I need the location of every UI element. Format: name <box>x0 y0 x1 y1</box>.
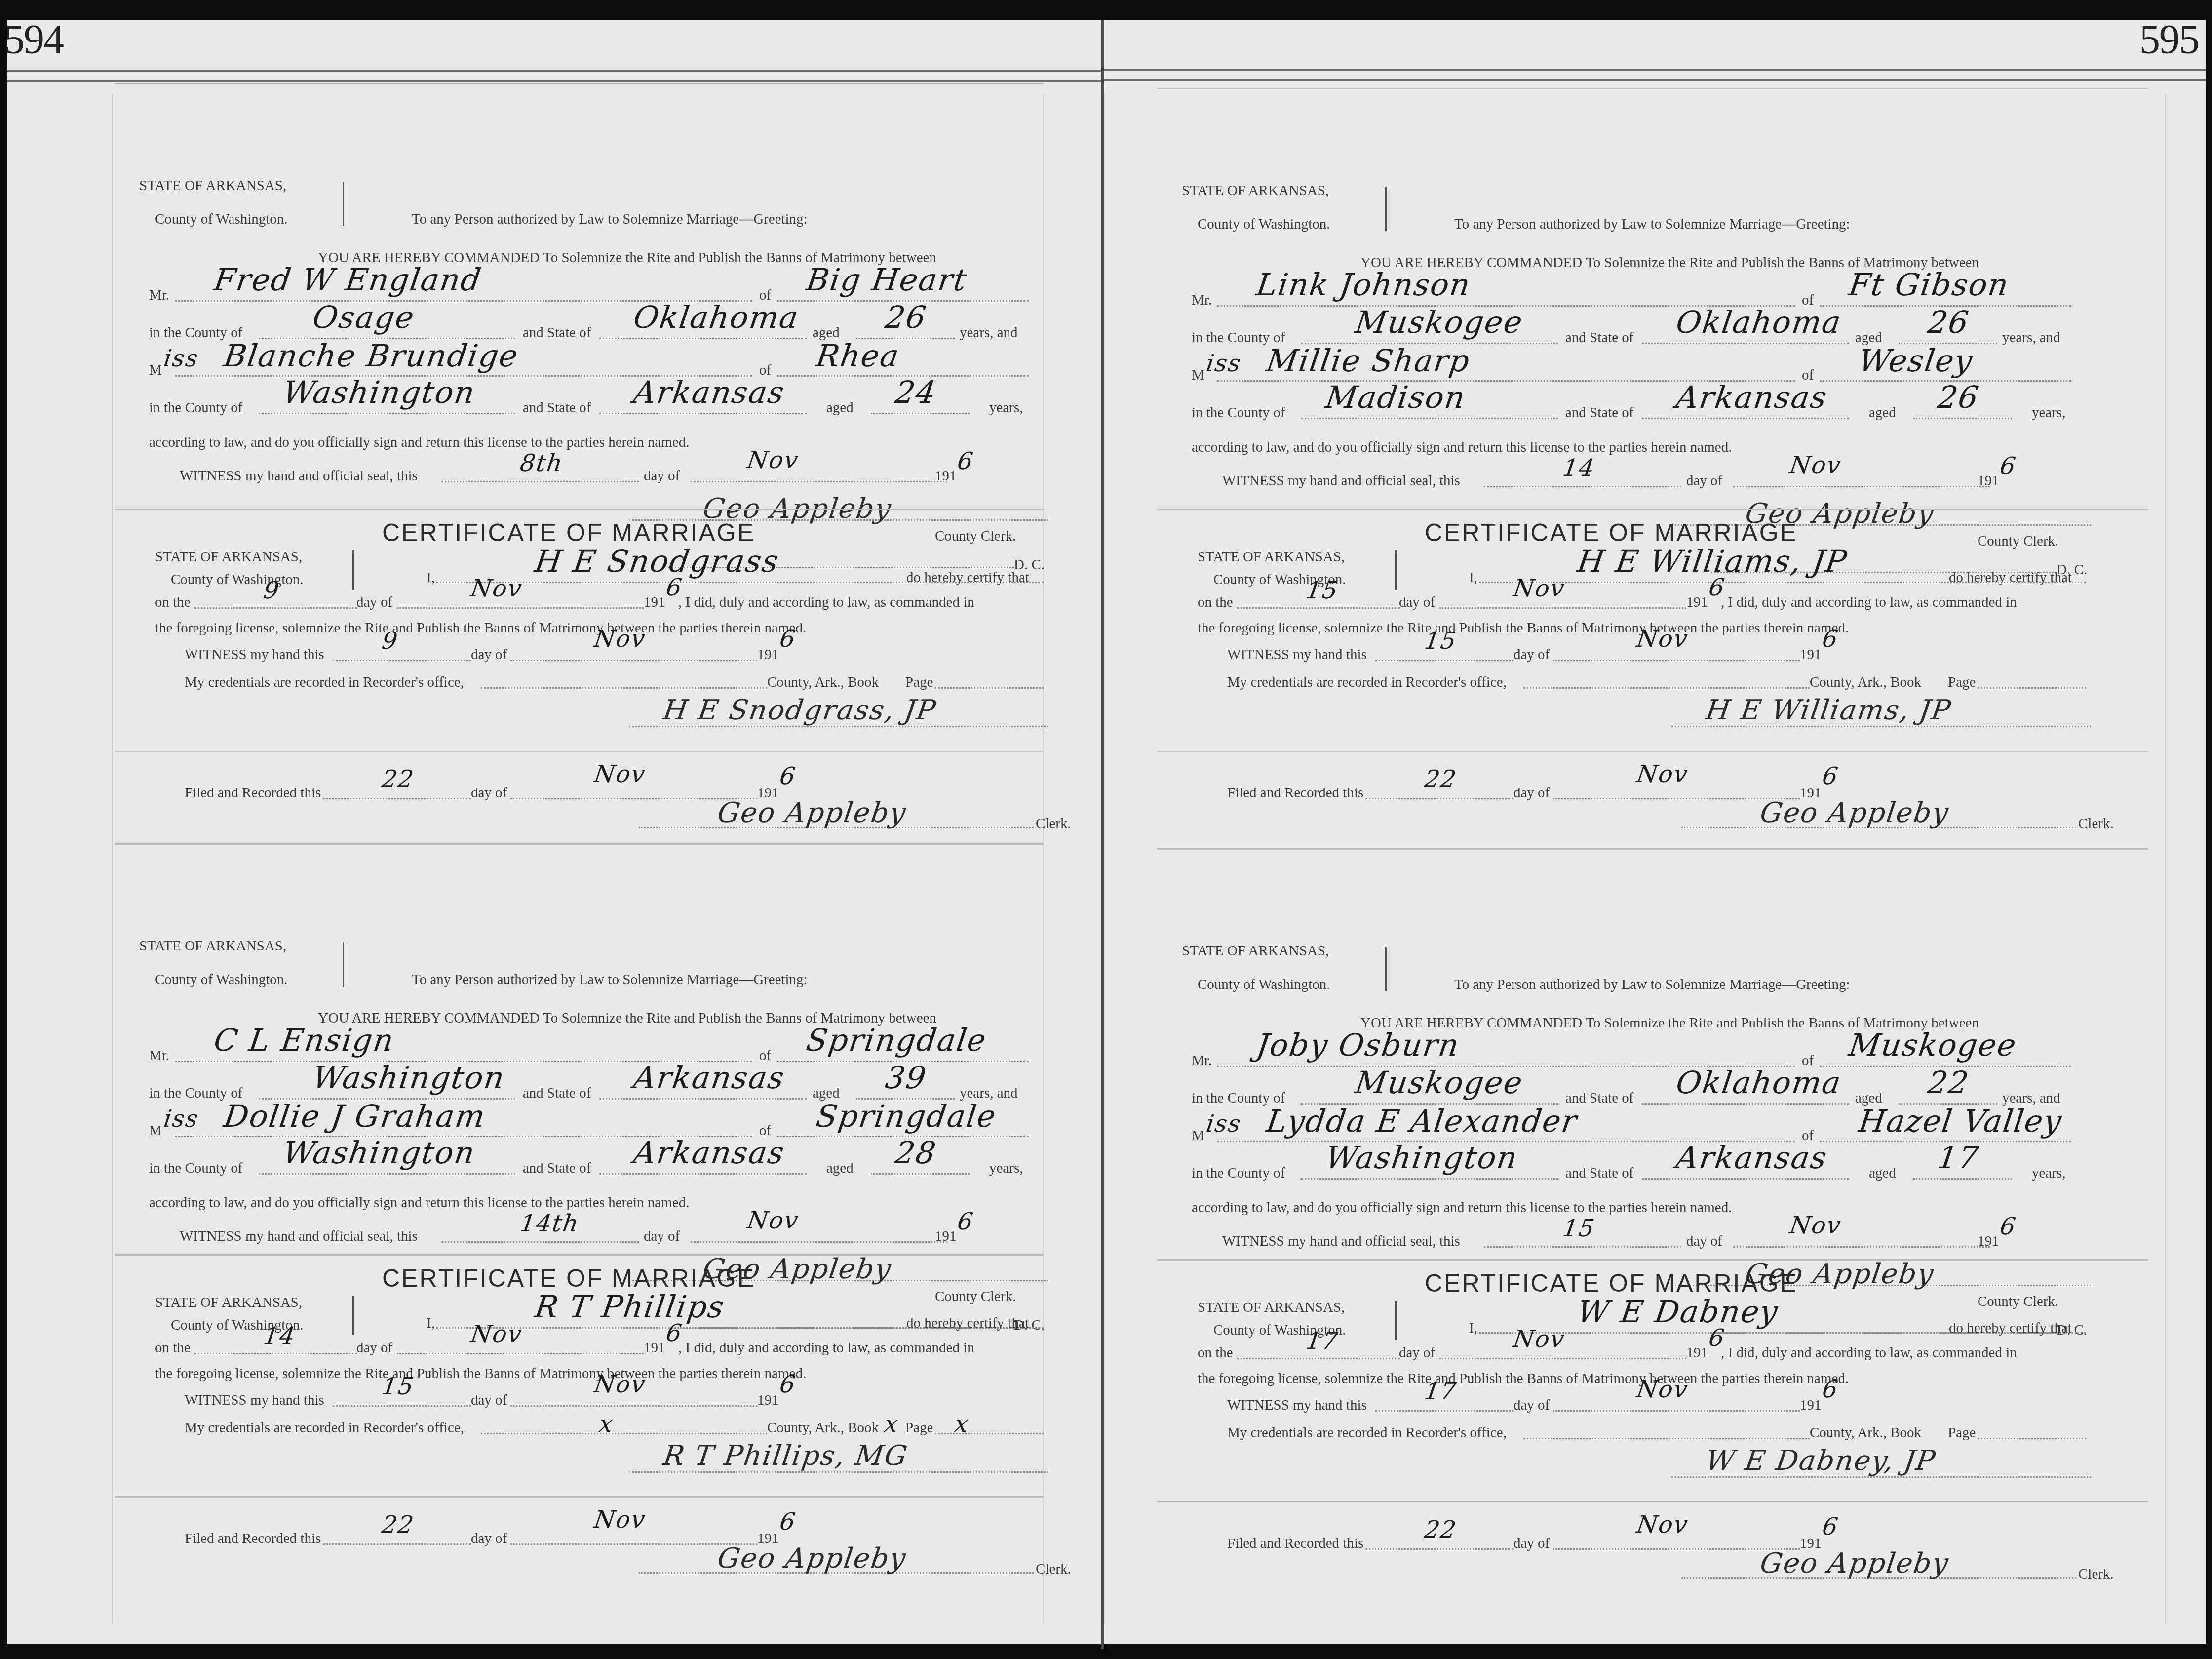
clerk-label: Clerk. <box>2078 816 2114 832</box>
fill-line <box>441 1241 639 1243</box>
bride-residence: Hazel Valley <box>1857 1103 2065 1139</box>
fill-line <box>194 607 357 609</box>
header-rule <box>1104 69 2206 71</box>
groom-residence: Ft Gibson <box>1847 267 2012 303</box>
years-label: years, <box>989 400 1023 416</box>
section-divider <box>1157 88 2148 89</box>
fill-line <box>510 660 757 661</box>
section-divider <box>115 1496 1044 1498</box>
county-label: County of Washington. <box>171 572 304 588</box>
witness-hand-label: WITNESS my hand this <box>185 647 324 663</box>
fill-line <box>481 1433 767 1434</box>
day-of-label: day of <box>1399 1345 1435 1361</box>
filing-clerk-signature: Geo Appleby <box>715 1542 908 1575</box>
bride-name: Dollie J Graham <box>222 1098 488 1134</box>
fill-line <box>1301 1178 1558 1180</box>
years-and-label: years, and <box>2002 330 2060 346</box>
officiant-signature: R T Phillips, MG <box>661 1440 910 1472</box>
groom-name: Joby Osburn <box>1254 1027 1462 1063</box>
cert-witness-year: 6 <box>778 625 798 653</box>
bride-residence: Wesley <box>1857 343 1976 379</box>
year-prefix: 191 <box>1800 1397 1822 1414</box>
filed-label: Filed and Recorded this <box>185 785 321 801</box>
day-of-label: day of <box>1513 785 1550 801</box>
foregoing-text: the foregoing license, solemnize the Rit… <box>155 1366 806 1382</box>
according-text: according to law, and do you officially … <box>1192 1200 1732 1216</box>
margin-line <box>1043 94 1044 1624</box>
section-divider <box>115 83 1044 84</box>
filed-day: 22 <box>380 1511 416 1539</box>
filed-day: 22 <box>380 765 416 793</box>
witness-seal-label: WITNESS my hand and official seal, this <box>180 1228 418 1245</box>
officiant-signature: H E Williams, JP <box>1704 694 1953 726</box>
fill-line <box>259 413 515 414</box>
cert-witness-year: 6 <box>778 1371 798 1398</box>
groom-county: Washington <box>310 1060 507 1096</box>
year-prefix: 191 <box>757 1392 779 1409</box>
cert-on-month: Nov <box>469 1320 524 1348</box>
day-of-label: day of <box>644 468 680 484</box>
section-divider <box>115 843 1044 845</box>
credentials-label: My credentials are recorded in Recorder'… <box>1227 1425 1507 1441</box>
county-ark-book-label: County, Ark., Book <box>1810 1425 1921 1441</box>
on-the-label: on the <box>155 594 191 611</box>
brace <box>352 1296 354 1335</box>
license-witness-month: Nov <box>745 446 801 474</box>
witness-hand-label: WITNESS my hand this <box>185 1392 324 1409</box>
county-ark-book-label: County, Ark., Book <box>767 674 879 691</box>
bride-age: 28 <box>893 1135 939 1171</box>
county-clerk-label: County Clerk. <box>1978 533 2058 550</box>
county-clerk-label: County Clerk. <box>935 528 1016 545</box>
brace <box>343 942 344 987</box>
page-label: Page <box>905 674 933 691</box>
aged-label: aged <box>1869 1165 1896 1182</box>
state-of-label: and State of <box>523 325 591 341</box>
page-label: Page <box>905 1420 933 1436</box>
cert-on-day: 9 <box>262 577 281 604</box>
officiant-name: W E Dabney <box>1575 1294 1781 1330</box>
on-the-label: on the <box>1198 594 1233 611</box>
years-label: years, <box>2032 405 2065 421</box>
state-of-label: and State of <box>523 1085 591 1102</box>
day-of-label: day of <box>1686 473 1722 489</box>
filed-month: Nov <box>1635 760 1690 788</box>
bride-state: Arkansas <box>1674 1140 1830 1176</box>
filed-label: Filed and Recorded this <box>185 1531 321 1547</box>
i-label: I, <box>1469 1320 1477 1337</box>
license-witness-month: Nov <box>1788 1212 1843 1239</box>
witness-seal-label: WITNESS my hand and official seal, this <box>180 468 418 484</box>
according-text: according to law, and do you officially … <box>1192 439 1732 456</box>
groom-state: Oklahoma <box>1674 1065 1844 1101</box>
section-divider <box>115 750 1044 752</box>
bride-residence: Springdale <box>814 1098 999 1134</box>
did-duly-text: , I did, duly and according to law, as c… <box>1721 1345 2017 1361</box>
brace <box>1395 1301 1397 1340</box>
license-witness-month: Nov <box>745 1207 801 1234</box>
state-label: STATE OF ARKANSAS, <box>155 549 302 565</box>
year-prefix: 191 <box>644 1340 665 1356</box>
county-ark-book-label: County, Ark., Book <box>767 1420 879 1436</box>
fill-line <box>441 481 639 482</box>
page-label: Page <box>1948 674 1976 691</box>
cert-on-month: Nov <box>469 575 524 602</box>
according-text: according to law, and do you officially … <box>149 434 689 451</box>
cred-book: x <box>883 1410 901 1438</box>
groom-age: 26 <box>883 299 929 335</box>
header-rule <box>7 80 1101 82</box>
cert-on-day: 17 <box>1304 1327 1340 1355</box>
credentials-label: My credentials are recorded in Recorder'… <box>1227 674 1507 691</box>
bride-name: Blanche Brundige <box>222 338 521 374</box>
on-the-label: on the <box>155 1340 191 1356</box>
license-witness-year: 6 <box>956 447 975 475</box>
years-label: years, <box>2032 1165 2065 1182</box>
bride-name: Lydda E Alexander <box>1264 1103 1580 1139</box>
cert-witness-month: Nov <box>592 625 648 653</box>
i-label: I, <box>427 570 435 586</box>
day-of-label: day of <box>471 785 507 801</box>
mr-label: Mr. <box>149 287 169 304</box>
day-of-label: day of <box>1513 1536 1550 1552</box>
fill-line <box>259 1173 515 1175</box>
clerk-label: Clerk. <box>2078 1566 2114 1582</box>
county-of-label: in the County of <box>1192 405 1285 421</box>
fill-line <box>397 1353 644 1354</box>
filing-clerk-signature: Geo Appleby <box>715 797 908 829</box>
groom-state: Arkansas <box>631 1060 787 1096</box>
cert-on-month: Nov <box>1512 575 1567 602</box>
county-label: County of Washington. <box>1198 216 1330 233</box>
bride-county: Madison <box>1323 379 1468 415</box>
day-of-label: day of <box>1513 1397 1550 1414</box>
bride-age: 24 <box>893 374 939 410</box>
day-of-label: day of <box>471 1392 507 1409</box>
brace <box>1385 947 1387 991</box>
header-rule <box>7 70 1101 72</box>
state-label: STATE OF ARKANSAS, <box>139 938 286 954</box>
bride-residence: Rhea <box>814 338 902 374</box>
year-prefix: 191 <box>1800 647 1822 663</box>
aged-label: aged <box>826 400 854 416</box>
license-witness-year: 6 <box>1998 452 2018 480</box>
state-of-label: and State of <box>1565 1165 1634 1182</box>
bride-state: Arkansas <box>631 374 787 410</box>
mr-label: Mr. <box>149 1048 169 1064</box>
groom-residence: Springdale <box>804 1022 989 1058</box>
years-label: years, <box>989 1160 1023 1177</box>
year-prefix: 191 <box>1686 594 1708 611</box>
cert-witness-day: 15 <box>380 1373 416 1400</box>
cert-witness-month: Nov <box>592 1371 648 1398</box>
filed-label: Filed and Recorded this <box>1227 1536 1363 1552</box>
section-divider <box>1157 1501 2148 1502</box>
officiant-name: R T Phillips <box>533 1289 727 1325</box>
fill-line <box>1642 343 1849 344</box>
day-of-label: day of <box>644 1228 680 1245</box>
state-of-label: and State of <box>1565 330 1634 346</box>
filing-clerk-signature: Geo Appleby <box>1758 1547 1951 1580</box>
fill-line <box>1978 687 2086 689</box>
filed-label: Filed and Recorded this <box>1227 785 1363 801</box>
certify-text: do hereby certify that <box>906 1315 1029 1332</box>
cert-witness-day: 17 <box>1423 1378 1459 1405</box>
fill-line <box>871 413 970 414</box>
fill-line <box>1484 1246 1681 1248</box>
groom-age: 39 <box>883 1060 929 1096</box>
cert-witness-month: Nov <box>1635 625 1690 653</box>
fill-line <box>1439 607 1686 609</box>
day-of-label: day of <box>471 1531 507 1547</box>
groom-state: Oklahoma <box>1674 304 1844 340</box>
fill-line <box>1978 1438 2086 1439</box>
section-divider <box>1157 750 2148 752</box>
year-prefix: 191 <box>935 468 957 484</box>
fill-line <box>323 798 471 799</box>
foregoing-text: the foregoing license, solemnize the Rit… <box>1198 620 1849 636</box>
fill-line <box>1237 607 1400 609</box>
groom-name: Fred W England <box>212 262 484 298</box>
day-of-label: day of <box>1686 1233 1722 1250</box>
section-divider <box>115 509 1044 510</box>
license-witness-day: 14 <box>1561 454 1597 482</box>
header-rule <box>1104 79 2206 81</box>
section-divider <box>1157 848 2148 850</box>
bride-county: Washington <box>281 374 478 410</box>
year-prefix: 191 <box>1686 1345 1708 1361</box>
mr-label: Mr. <box>1192 292 1212 309</box>
page-number: 595 <box>2139 16 2199 64</box>
certify-text: do hereby certify that <box>1949 1320 2072 1337</box>
state-label: STATE OF ARKANSAS, <box>139 178 286 194</box>
fill-line <box>691 481 947 482</box>
book-spine <box>1101 20 1104 1649</box>
section-divider <box>1157 1259 2148 1261</box>
greeting-text: To any Person authorized by Law to Solem… <box>1454 977 1850 993</box>
witness-hand-label: WITNESS my hand this <box>1227 1397 1367 1414</box>
county-clerk-label: County Clerk. <box>1978 1294 2058 1310</box>
aged-label: aged <box>826 1160 854 1177</box>
filing-clerk-signature: Geo Appleby <box>1758 797 1951 829</box>
on-the-label: on the <box>1198 1345 1233 1361</box>
margin-line <box>112 94 113 1624</box>
m-label: M <box>1192 1128 1204 1144</box>
county-label: County of Washington. <box>155 972 288 988</box>
foregoing-text: the foregoing license, solemnize the Rit… <box>1198 1371 1849 1387</box>
filed-month: Nov <box>592 760 648 788</box>
bride-age: 17 <box>1936 1140 1981 1176</box>
license-witness-day: 15 <box>1561 1215 1597 1242</box>
bride-county: Washington <box>1323 1140 1520 1176</box>
groom-age: 22 <box>1926 1065 1972 1101</box>
groom-age: 26 <box>1926 304 1972 340</box>
state-label: STATE OF ARKANSAS, <box>1198 1300 1345 1316</box>
fill-line <box>510 1405 757 1407</box>
license-witness-month: Nov <box>1788 451 1843 479</box>
fill-line <box>871 1173 970 1175</box>
fill-line <box>1913 1178 2012 1180</box>
fill-line <box>481 687 767 689</box>
filed-year: 6 <box>1821 762 1840 790</box>
cert-witness-year: 6 <box>1821 1376 1840 1403</box>
year-prefix: 191 <box>1978 1233 1999 1250</box>
i-label: I, <box>427 1315 435 1332</box>
bride-prefix: iss <box>162 345 200 372</box>
filed-month: Nov <box>592 1506 648 1534</box>
fill-line <box>1553 1410 1800 1412</box>
years-and-label: years, and <box>960 325 1018 341</box>
state-of-label: and State of <box>523 400 591 416</box>
county-of-label: in the County of <box>1192 1165 1285 1182</box>
margin-line <box>1104 94 1105 1624</box>
greeting-text: To any Person authorized by Law to Solem… <box>1454 216 1850 233</box>
bride-state: Arkansas <box>631 1135 787 1171</box>
groom-name: Link Johnson <box>1254 267 1474 303</box>
did-duly-text: , I did, duly and according to law, as c… <box>1721 594 2017 611</box>
mr-label: Mr. <box>1192 1053 1212 1069</box>
license-witness-year: 6 <box>956 1208 975 1235</box>
clerk-label: Clerk. <box>1036 1561 1071 1578</box>
fill-line <box>1523 1438 1810 1439</box>
fill-line <box>599 413 807 414</box>
license-witness-day: 8th <box>518 449 565 477</box>
filed-year: 6 <box>1821 1513 1840 1540</box>
officiant-signature: W E Dabney, JP <box>1704 1445 1938 1477</box>
groom-residence: Big Heart <box>804 262 970 298</box>
witness-seal-label: WITNESS my hand and official seal, this <box>1222 1233 1460 1250</box>
fill-line <box>1484 486 1681 487</box>
fill-line <box>1375 1410 1513 1412</box>
county-label: County of Washington. <box>1198 977 1330 993</box>
filed-year: 6 <box>778 1508 798 1536</box>
groom-county: Muskogee <box>1353 304 1525 340</box>
bride-prefix: iss <box>162 1105 200 1133</box>
filed-month: Nov <box>1635 1511 1690 1539</box>
greeting-text: To any Person authorized by Law to Solem… <box>412 972 808 988</box>
cert-witness-day: 15 <box>1423 627 1459 655</box>
cert-witness-year: 6 <box>1821 625 1840 653</box>
aged-label: aged <box>1869 405 1896 421</box>
according-text: according to law, and do you officially … <box>149 1195 689 1211</box>
greeting-text: To any Person authorized by Law to Solem… <box>412 211 808 228</box>
county-label: County of Washington. <box>155 211 288 228</box>
county-clerk-label: County Clerk. <box>935 1289 1016 1305</box>
cert-witness-month: Nov <box>1635 1376 1690 1403</box>
cert-witness-day: 9 <box>380 627 400 655</box>
fill-line <box>1439 1358 1686 1359</box>
county-of-label: in the County of <box>149 1160 242 1177</box>
left-page: 594 STATE OF ARKANSAS, County of Washing… <box>7 20 1101 1644</box>
day-of-label: day of <box>1513 647 1550 663</box>
day-of-label: day of <box>1399 594 1435 611</box>
groom-county: Osage <box>310 299 417 335</box>
fill-line <box>935 1433 1044 1434</box>
fill-line <box>194 1353 357 1354</box>
year-prefix: 191 <box>1978 473 1999 489</box>
cert-on-month: Nov <box>1512 1325 1567 1353</box>
did-duly-text: , I did, duly and according to law, as c… <box>678 1340 974 1356</box>
fill-line <box>1301 418 1558 419</box>
fill-line <box>333 660 471 661</box>
m-label: M <box>149 1123 162 1139</box>
fill-line <box>333 1405 471 1407</box>
foregoing-text: the foregoing license, solemnize the Rit… <box>155 620 806 636</box>
state-label: STATE OF ARKANSAS, <box>155 1295 302 1311</box>
filed-day: 22 <box>1423 765 1459 793</box>
witness-seal-label: WITNESS my hand and official seal, this <box>1222 473 1460 489</box>
bride-county: Washington <box>281 1135 478 1171</box>
fill-line <box>1365 1548 1513 1550</box>
fill-line <box>397 607 644 609</box>
did-duly-text: , I did, duly and according to law, as c… <box>678 594 974 611</box>
cert-on-day: 15 <box>1304 577 1340 604</box>
license-witness-year: 6 <box>1998 1213 2018 1240</box>
fill-line <box>599 1173 807 1175</box>
brace <box>1385 187 1387 231</box>
cert-on-day: 14 <box>262 1322 298 1350</box>
bride-prefix: iss <box>1204 1110 1243 1138</box>
fill-line <box>599 338 807 339</box>
fill-line <box>599 1098 807 1100</box>
clerk-label: Clerk. <box>1036 816 1071 832</box>
fill-line <box>1375 660 1513 661</box>
fill-line <box>1913 418 2012 419</box>
fill-line <box>1642 1103 1849 1105</box>
brace <box>352 550 354 590</box>
state-label: STATE OF ARKANSAS, <box>1198 549 1345 565</box>
groom-state: Oklahoma <box>631 299 801 335</box>
bride-prefix: iss <box>1204 350 1243 377</box>
witness-hand-label: WITNESS my hand this <box>1227 647 1367 663</box>
state-label: STATE OF ARKANSAS, <box>1182 943 1329 959</box>
bride-state: Arkansas <box>1674 379 1830 415</box>
fill-line <box>935 687 1044 689</box>
m-label: M <box>149 362 162 379</box>
brace <box>1395 550 1397 590</box>
filed-day: 22 <box>1423 1516 1459 1543</box>
groom-name: C L Ensign <box>212 1022 397 1058</box>
bride-name: Millie Sharp <box>1264 343 1473 379</box>
fill-line <box>1733 1246 1990 1248</box>
fill-line <box>1733 486 1990 487</box>
groom-county: Muskogee <box>1353 1065 1525 1101</box>
filed-year: 6 <box>778 762 798 790</box>
certify-text: do hereby certify that <box>906 570 1029 586</box>
state-label: STATE OF ARKANSAS, <box>1182 183 1329 199</box>
fill-line <box>1642 418 1849 419</box>
fill-line <box>1365 798 1513 799</box>
fill-line <box>691 1241 947 1243</box>
page-label: Page <box>1948 1425 1976 1441</box>
fill-line <box>323 1543 471 1545</box>
fill-line <box>1553 660 1800 661</box>
year-prefix: 191 <box>935 1228 957 1245</box>
officiant-name: H E Snodgrass <box>533 543 781 579</box>
year-prefix: 191 <box>757 647 779 663</box>
certify-text: do hereby certify that <box>1949 570 2072 586</box>
brace <box>343 182 344 226</box>
groom-residence: Muskogee <box>1847 1027 2019 1063</box>
year-prefix: 191 <box>644 594 665 611</box>
day-of-label: day of <box>356 1340 392 1356</box>
county-ark-book-label: County, Ark., Book <box>1810 674 1921 691</box>
right-page: 595 STATE OF ARKANSAS, County of Washing… <box>1104 20 2206 1644</box>
day-of-label: day of <box>356 594 392 611</box>
day-of-label: day of <box>471 647 507 663</box>
state-of-label: and State of <box>523 1160 591 1177</box>
m-label: M <box>1192 367 1204 384</box>
